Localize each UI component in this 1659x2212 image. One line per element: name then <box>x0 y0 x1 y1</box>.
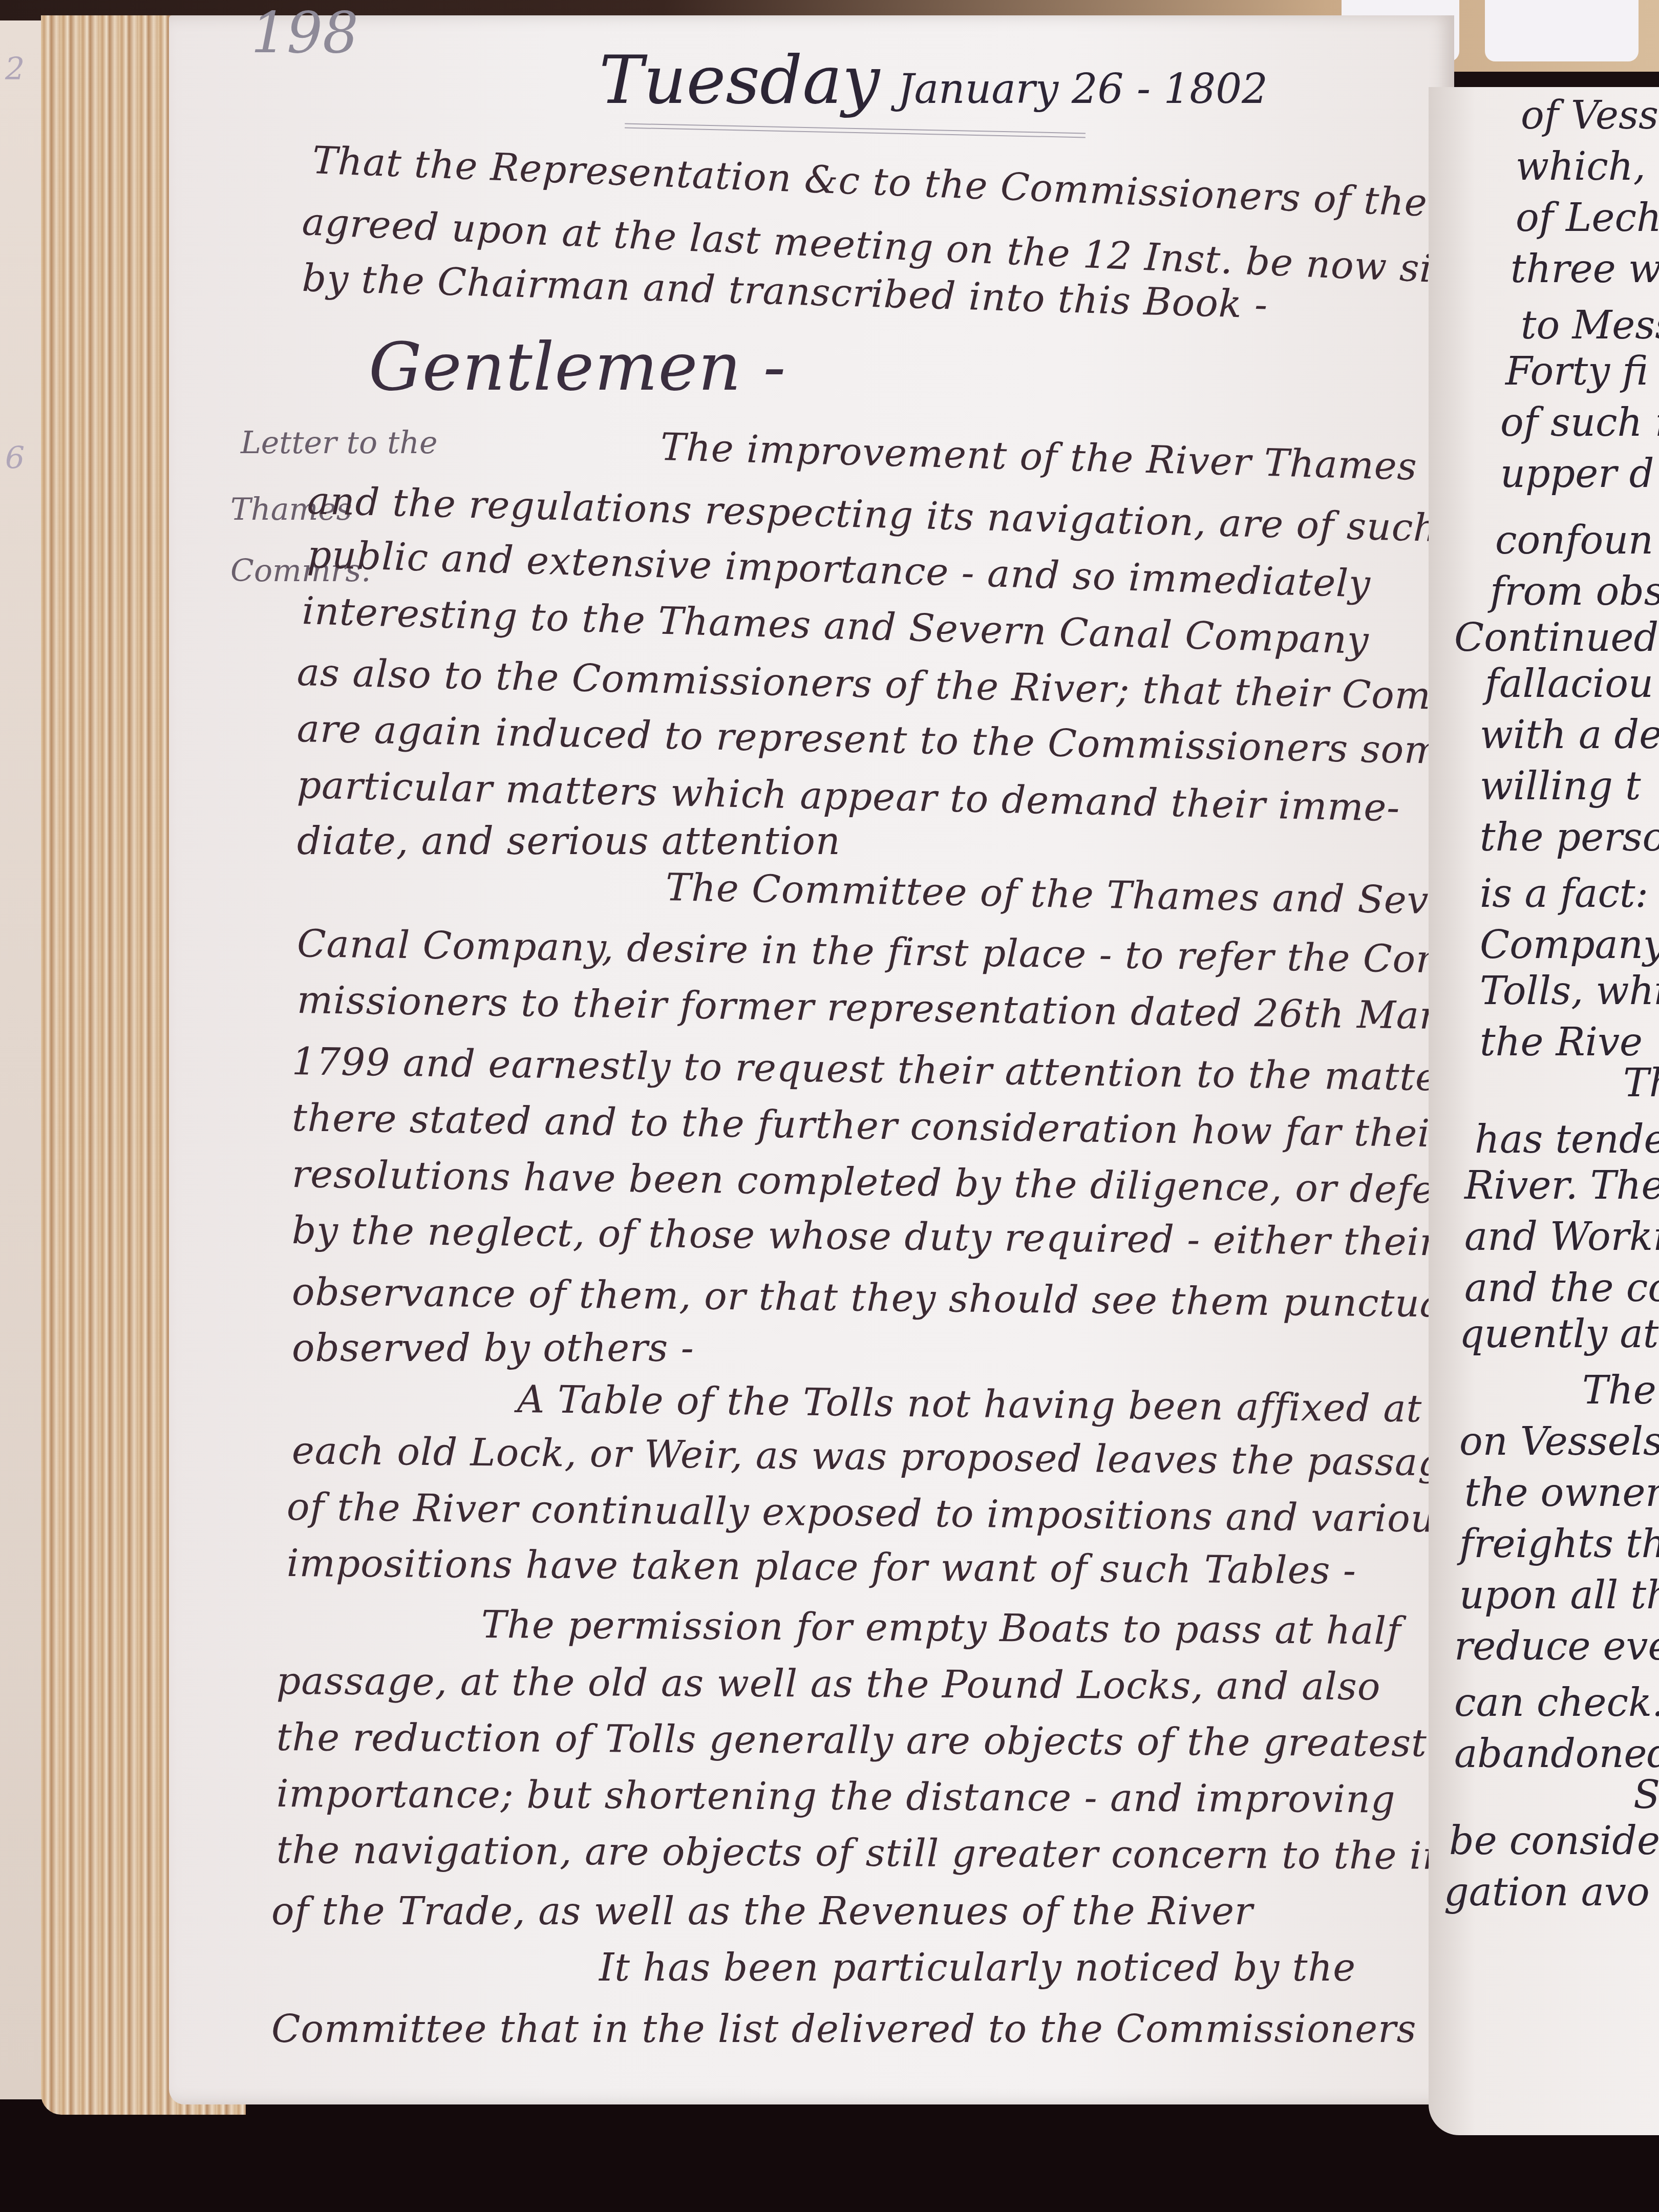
facing-line: fallaciou <box>1485 661 1653 706</box>
facing-page: of Vesse which, w of Lechla three wi to … <box>1429 87 1659 2135</box>
facing-line: of Lechla <box>1516 195 1659 240</box>
background-bottom <box>0 2094 1659 2212</box>
body-line: The permission for empty Boats to pass a… <box>481 1603 1401 1653</box>
facing-line: the person <box>1480 814 1659 860</box>
facing-line: three wi <box>1511 246 1659 291</box>
facing-line: reduce every <box>1454 1623 1659 1669</box>
facing-line: upon all th <box>1459 1572 1659 1618</box>
facing-line: is a fact: th <box>1480 870 1659 916</box>
facing-line: upper d <box>1500 451 1654 496</box>
facing-line: has tende <box>1475 1116 1659 1162</box>
facing-line: quently att <box>1459 1311 1659 1356</box>
facing-line: River. They <box>1464 1162 1659 1208</box>
prev-page-fragment: 2 <box>5 51 25 87</box>
page-number: 198 <box>251 0 358 66</box>
facing-line: can check. <box>1454 1679 1659 1725</box>
facing-line: be considera <box>1449 1818 1659 1863</box>
facing-line: abandoned <box>1454 1731 1659 1776</box>
body-line: the reduction of Tolls generally are obj… <box>276 1715 1427 1766</box>
facing-line: Continued <box>1454 614 1658 660</box>
facing-line: of such m <box>1500 399 1659 445</box>
body-line: importance; but shortening the distance … <box>276 1772 1396 1821</box>
salutation: Gentlemen - <box>369 328 786 406</box>
heading-date: January 26 - 1802 <box>898 65 1268 113</box>
prev-page-fragment: 6 <box>5 440 25 476</box>
body-line: impositions have taken place for want of… <box>287 1541 1357 1593</box>
facing-line: which, w <box>1516 143 1659 189</box>
facing-line: of Vesse <box>1521 92 1659 138</box>
facing-line: the Rive <box>1480 1019 1643 1065</box>
facing-line: Forty fi <box>1505 348 1648 394</box>
facing-line: from obs <box>1490 568 1659 614</box>
facing-line: and Workm <box>1464 1214 1659 1259</box>
paper-tab <box>1485 0 1639 61</box>
facing-line: gation avo <box>1444 1869 1650 1915</box>
facing-line: to Mess <box>1521 302 1659 348</box>
body-line: It has been particularly noticed by the <box>599 1946 1356 1990</box>
body-line: the navigation, are objects of still gre… <box>276 1828 1563 1879</box>
body-line: passage, at the old as well as the Pound… <box>276 1659 1381 1709</box>
facing-line: and the co <box>1464 1265 1659 1310</box>
margin-note: Letter to the <box>241 425 437 461</box>
body-line: of the Trade, as well as the Revenues of… <box>271 1889 1253 1933</box>
facing-line: the owners o <box>1464 1470 1659 1515</box>
body-line: diate, and serious attention <box>297 819 841 863</box>
page-heading: Tuesday January 26 - 1802 <box>599 41 1268 119</box>
facing-line: on Vessels t <box>1459 1418 1659 1464</box>
facing-line: The <box>1582 1367 1656 1413</box>
heading-day: Tuesday <box>599 41 880 119</box>
facing-line: willing t <box>1480 763 1641 809</box>
facing-line: S <box>1633 1772 1659 1817</box>
facing-line: confoun <box>1495 517 1653 563</box>
facing-line: Tolls, whic <box>1480 968 1659 1013</box>
body-line: observed by others - <box>292 1326 694 1370</box>
body-line: Committee that in the list delivered to … <box>271 2007 1417 2051</box>
facing-line: with a de <box>1480 712 1659 757</box>
facing-line: Company <box>1480 922 1659 967</box>
facing-line: Th <box>1623 1060 1659 1105</box>
facing-line: freights th <box>1459 1521 1659 1566</box>
